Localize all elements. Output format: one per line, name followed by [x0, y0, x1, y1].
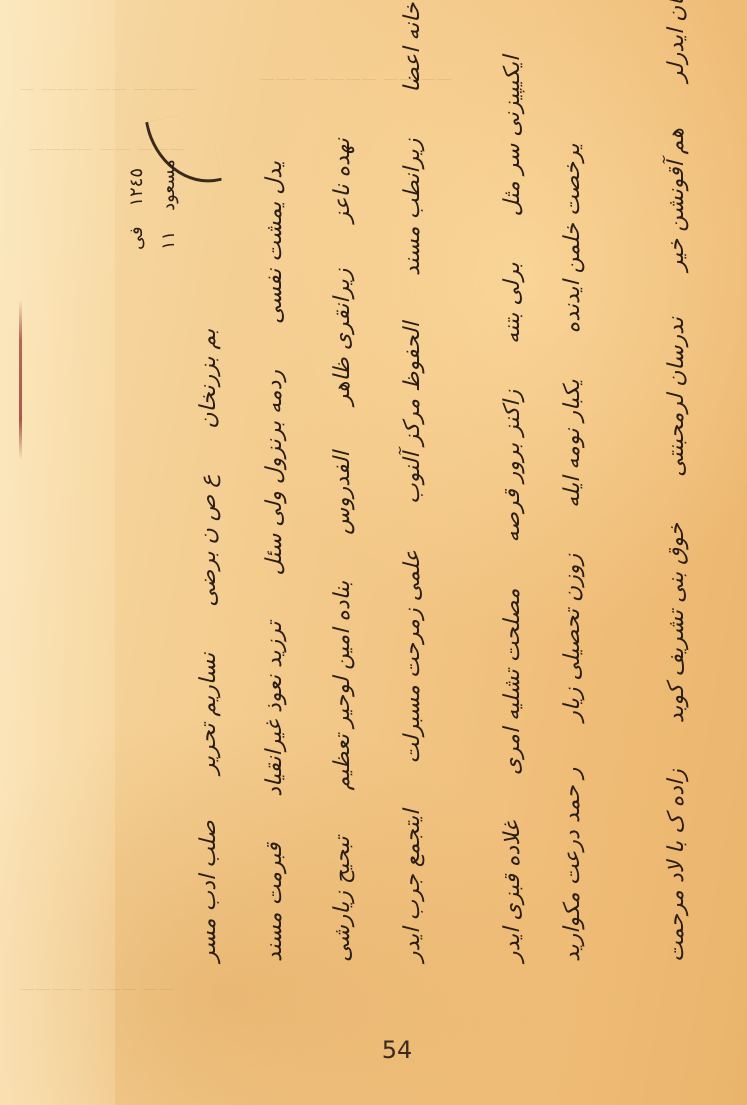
text-segment: علمی زمرحت مسبرلت — [400, 550, 425, 764]
text-segment: قبرمت مسند — [262, 843, 287, 962]
signature-date-day: ١١ — [158, 231, 179, 250]
text-segment: ندرسان لرمحبنتی — [664, 317, 689, 477]
handwritten-column-6: یدل یمشت نفسی ردمه برنزول ولی سئل ترزید … — [262, 161, 287, 1000]
text-segment: الحفوظ مرکز آلنوب — [400, 322, 425, 504]
text-segment: زیرانطب مسند — [400, 139, 425, 276]
text-segment: زاکنز برور قرصه — [500, 390, 525, 543]
handwritten-column-3: ایکیپیزنی سر مثل برلی بتنه زاکنز برور قر… — [500, 56, 525, 1000]
signature-block: مسعود ١١ — [158, 159, 179, 250]
text-segment: نهده ناعز — [330, 138, 355, 222]
signature-flourish — [145, 109, 222, 194]
text-segment: یرخصت خلمن ایدنده — [560, 143, 585, 333]
text-segment: تبحیح زیارشی — [330, 836, 355, 962]
text-segment: مسبب هر بری خانه اعضا — [400, 0, 425, 93]
text-segment: ایکیپیزنی سر مثل — [500, 56, 525, 217]
text-segment: زیرانقری ظاهر — [330, 269, 355, 406]
text-segment: ع ص ن برضی — [196, 475, 221, 607]
photo-left-margin — [0, 0, 115, 1105]
signature-name: مسعود — [158, 159, 179, 211]
text-segment: برلی بتنه — [500, 262, 525, 344]
handwritten-column-2: یرخصت خلمن ایدنده یکبار نومه ایله زوزن ت… — [560, 143, 585, 1000]
text-segment: ردمه برنزول ولی سئل — [262, 370, 287, 576]
page-number: 54 — [377, 1036, 417, 1064]
text-segment: بناده امین لوحیر تعظیم — [330, 581, 355, 791]
signature-date-year: ١٢٤٥ — [126, 168, 147, 207]
handwritten-column-4: مسبب هر بری خانه اعضا زیرانطب مسند الحفو… — [400, 0, 425, 1000]
text-segment: ترزید نعوذ غیرانقیاد — [262, 621, 287, 796]
text-segment: ر حمد درعت مکوارید — [560, 768, 585, 962]
bleed-through-text: ———— ——— —— — [20, 980, 176, 996]
text-segment: یدل یمشت نفسی — [262, 161, 287, 324]
text-segment: خوق ملط باحسان ایدرلر — [664, 0, 689, 82]
text-segment: الفدروس — [330, 451, 355, 535]
text-segment: غلاده قبزی ایدر — [500, 821, 525, 962]
text-segment: هم آقونشن خیر — [664, 128, 689, 271]
text-segment: یکبار نومه ایله — [560, 379, 585, 508]
handwritten-column-5: نهده ناعز زیرانقری ظاهر الفدروس بناده ام… — [330, 138, 355, 1000]
text-segment: صلب ادب مسر — [196, 820, 221, 962]
handwritten-column-1: خوق ملط باحسان ایدرلر هم آقونشن خیر ندرس… — [664, 0, 689, 1000]
text-segment: زاده ک با لاد مرحمت — [664, 769, 689, 962]
text-segment: مصلحت تشلیه امری — [500, 588, 525, 775]
signature-note: فی — [126, 226, 147, 250]
red-margin-line — [19, 300, 22, 460]
text-segment: ایتجمع جرب ایدر — [400, 810, 425, 962]
handwritten-column-7: بم بزرنخان ع ص ن برضی نساریم تحریر صلب ا… — [196, 329, 221, 1000]
bleed-through-text: — ——— —— ———— — [20, 80, 198, 96]
date-block: ١٢٤٥ فی — [126, 168, 147, 250]
text-segment: خوق بنی تشریف کوبد — [664, 523, 689, 723]
text-segment: نساریم تحریر — [196, 653, 221, 775]
text-segment: زوزن تحصیلی زیار — [560, 554, 585, 722]
text-segment: بم بزرنخان — [196, 329, 221, 429]
